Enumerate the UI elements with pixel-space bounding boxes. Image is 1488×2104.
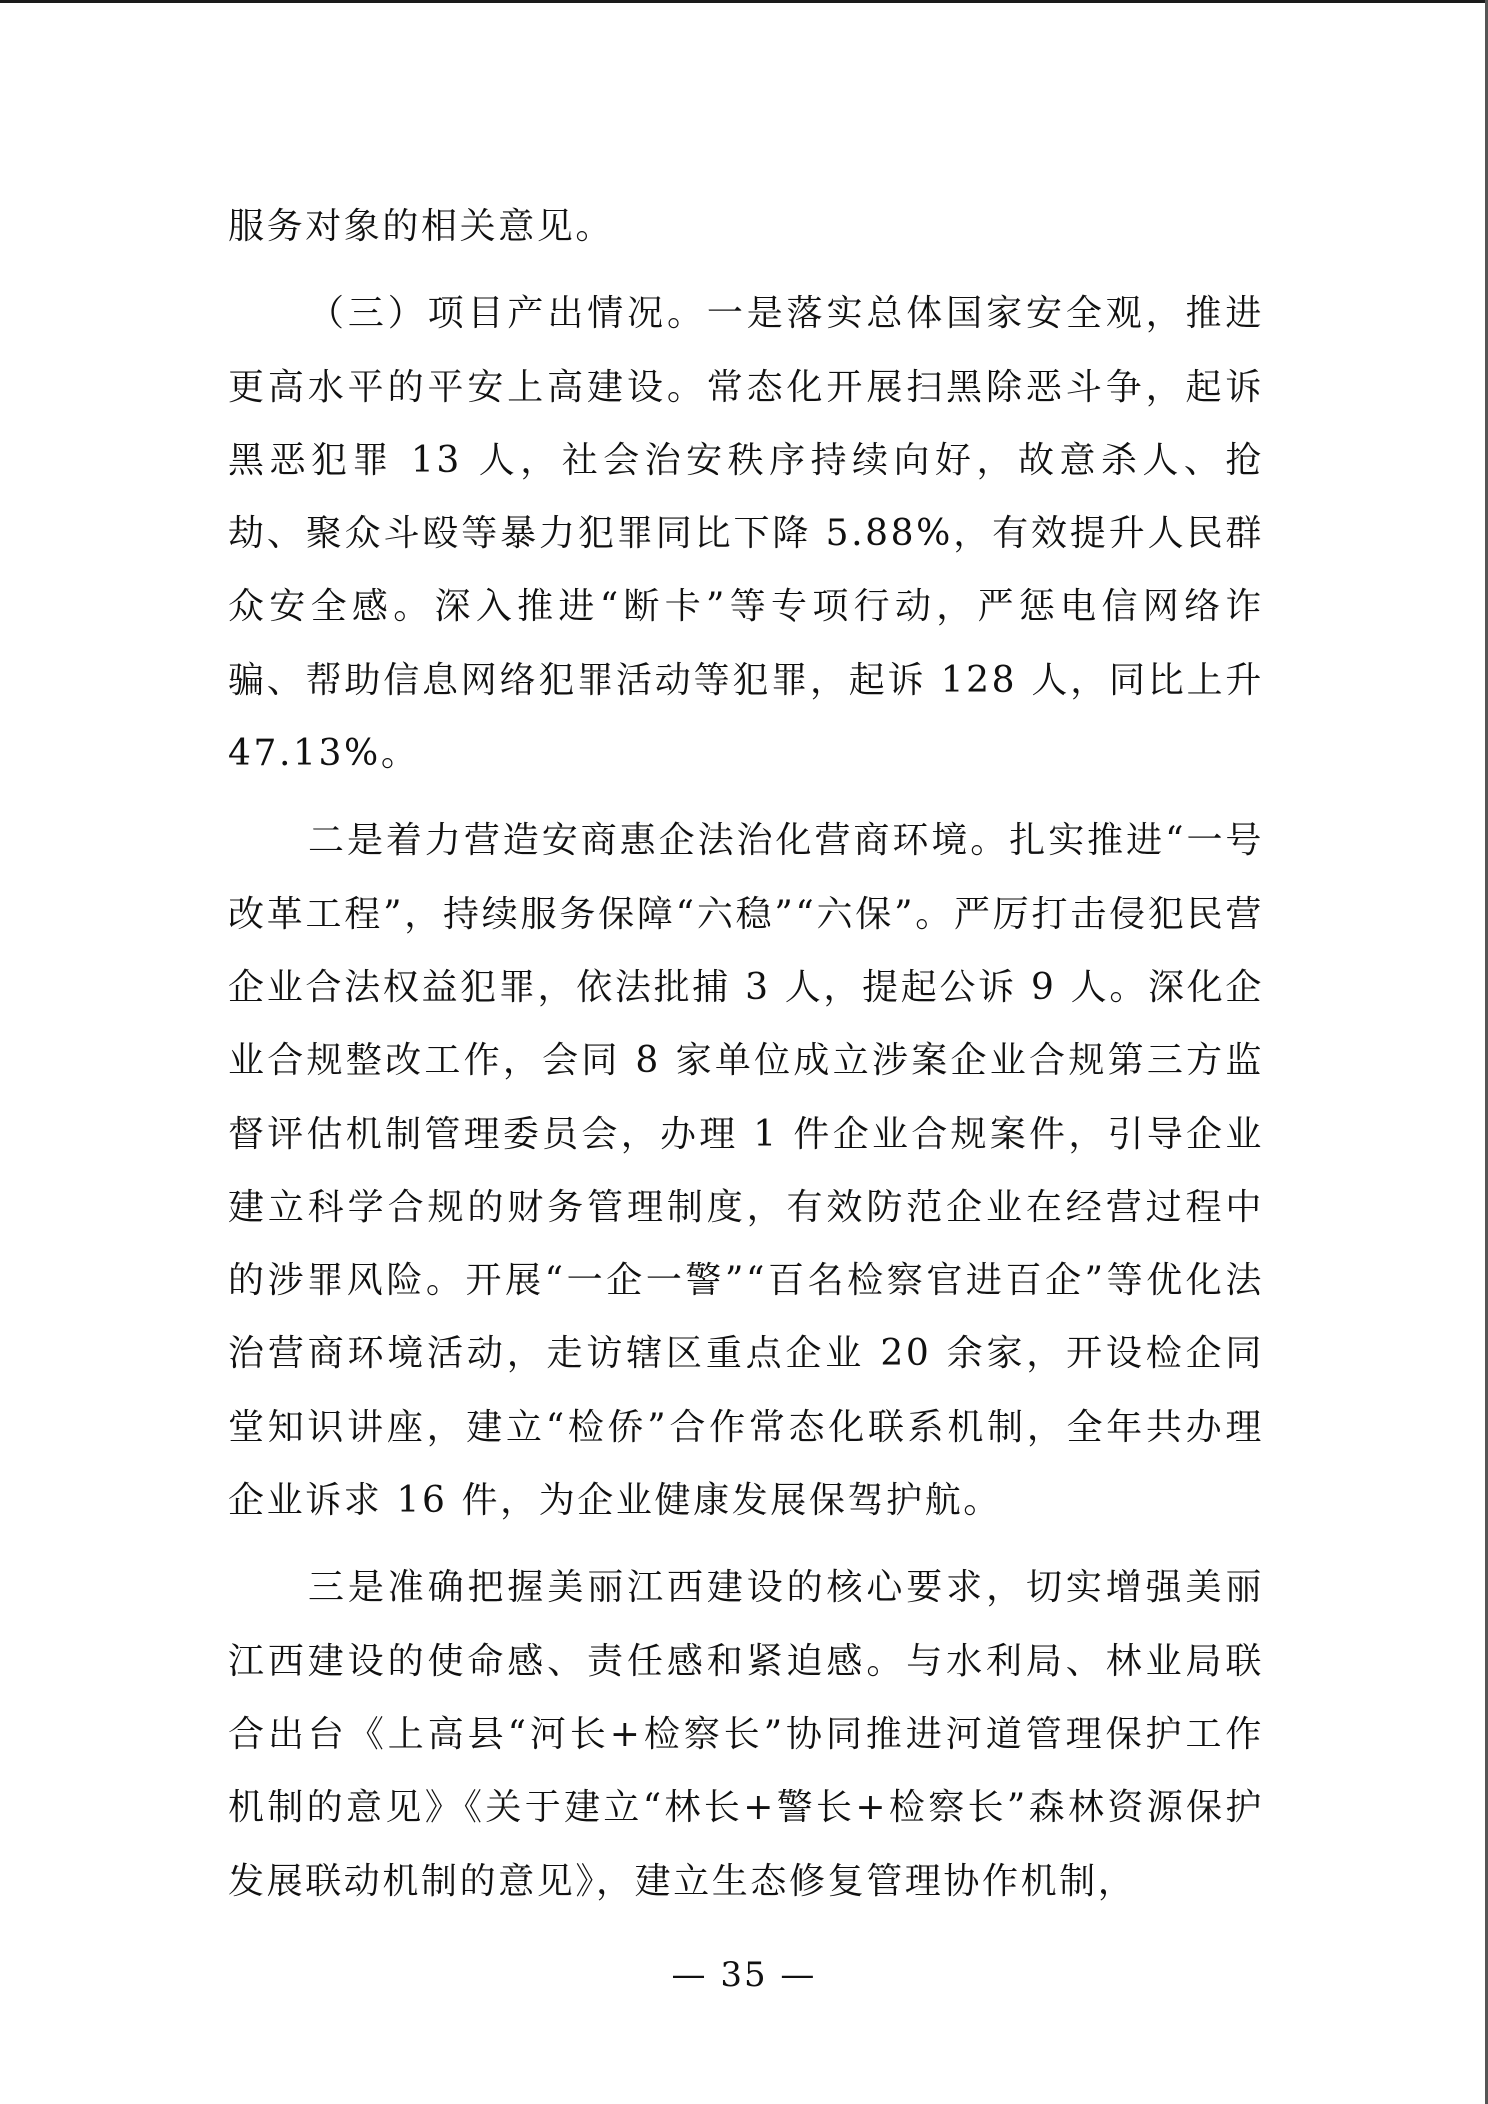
document-page-body: 服务对象的相关意见。 （三）项目产出情况。一是落实总体国家安全观，推进更高水平的… [228, 190, 1264, 1918]
paragraph-beautiful-jiangxi: 三是准确把握美丽江西建设的核心要求，切实增强美丽江西建设的使命感、责任感和紧迫感… [228, 1551, 1264, 1917]
paragraph-business-environment: 二是着力营造安商惠企法治化营商环境。扎实推进“一号改革工程”，持续服务保障“六稳… [228, 804, 1264, 1537]
page-number: — 35 — [0, 1955, 1488, 1995]
paragraph-continuation: 服务对象的相关意见。 [228, 190, 1264, 263]
paragraph-project-output: （三）项目产出情况。一是落实总体国家安全观，推进更高水平的平安上高建设。常态化开… [228, 277, 1264, 790]
page-top-border [0, 0, 1488, 3]
